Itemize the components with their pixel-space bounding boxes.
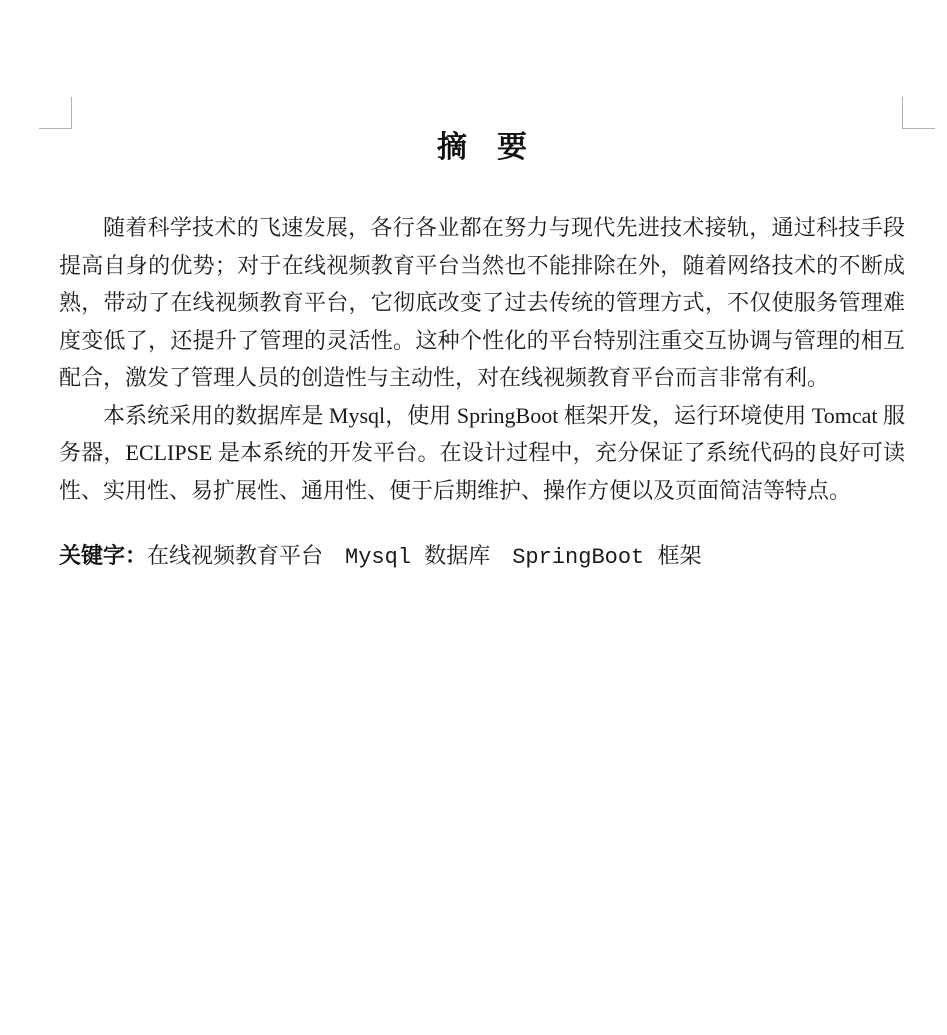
abstract-title: 摘 要 [59,128,905,168]
keywords-value: 在线视频教育平台 Mysql 数据库 SpringBoot 框架 [147,545,701,570]
abstract-paragraph-2: 本系统采用的数据库是 Mysql，使用 SpringBoot 框架开发，运行环境… [59,397,905,510]
page-content: 摘 要 随着科学技术的飞速发展，各行各业都在努力与现代先进技术接轨，通过科技手段… [59,128,905,577]
keywords-line: 关键字：在线视频教育平台 Mysql 数据库 SpringBoot 框架 [59,537,905,577]
abstract-paragraph-1: 随着科学技术的飞速发展，各行各业都在努力与现代先进技术接轨，通过科技手段提高自身… [59,209,905,397]
page-margin-corner-mark-top-right [902,97,935,129]
document-page: 摘 要 随着科学技术的飞速发展，各行各业都在努力与现代先进技术接轨，通过科技手段… [0,0,947,1035]
keywords-label: 关键字： [59,543,147,568]
page-margin-corner-mark-top-left [39,97,72,129]
abstract-body: 随着科学技术的飞速发展，各行各业都在努力与现代先进技术接轨，通过科技手段提高自身… [59,209,905,509]
